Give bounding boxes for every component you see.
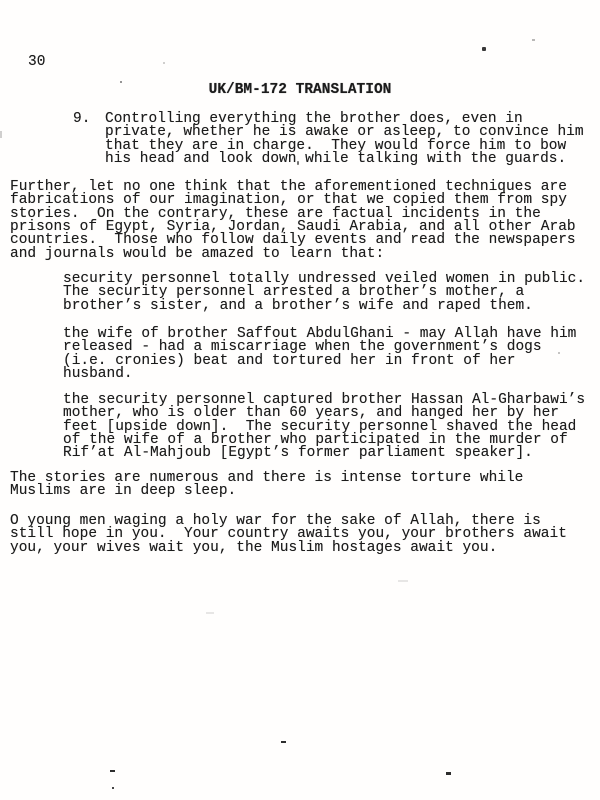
ink-dash [281,741,286,743]
paragraph-stories: The stories are numerous and there is in… [10,472,523,499]
quote-saffout-abdulghani: the wife of brother Saffout AbdulGhani -… [63,328,576,381]
list-item-9-text: Controlling everything the brother does,… [105,113,584,166]
paragraph-further: Further, let no one think that the afore… [10,181,576,261]
ink-speck [532,39,535,41]
ink-speck [482,47,486,51]
ink-dash [446,772,451,775]
ink-speck [120,81,122,83]
ink-dot [112,787,114,789]
ink-speck [0,131,2,138]
ink-speck [163,62,165,64]
list-item-9-number: 9. [73,113,90,126]
stray-comma-mark [297,161,299,165]
paragraph-young-men: O young men waging a holy war for the sa… [10,515,567,555]
quote-security-personnel: security personnel totally undressed vei… [63,273,585,313]
scanned-document-page: 30 UK/BM-172 TRANSLATION 9. Controlling … [0,0,600,800]
ink-smudge [398,580,408,582]
document-title: UK/BM-172 TRANSLATION [0,84,600,97]
page-number: 30 [28,56,45,69]
ink-speck [558,352,560,354]
quote-hassan-algharbawi: the security personnel captured brother … [63,394,585,461]
ink-smudge [206,612,214,614]
ink-dash [110,770,115,772]
